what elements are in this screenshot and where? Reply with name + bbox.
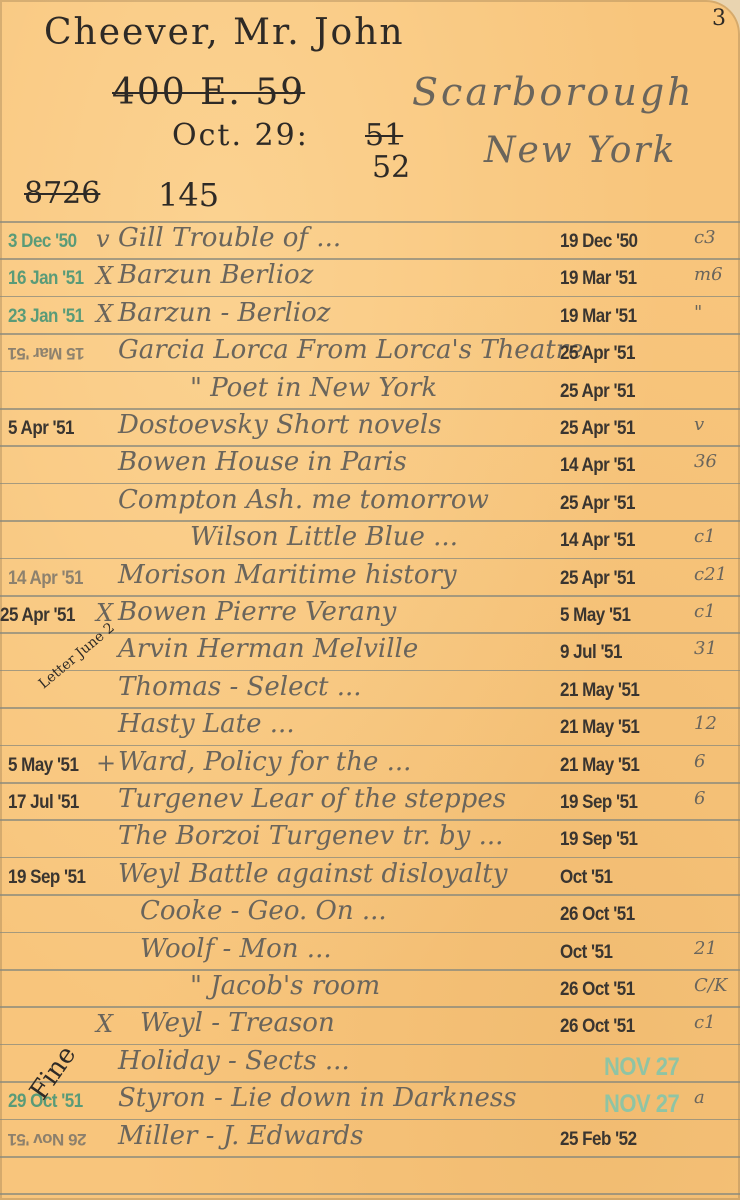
ruled-line [0,1156,740,1158]
return-date-stamp: 21 May '51 [560,678,639,701]
entry-code: c21 [694,564,727,585]
expiry-date: Oct. 29: [172,118,309,153]
return-date-stamp: 26 Oct '51 [560,1015,635,1038]
book-title: Barzun - Berlioz [118,298,330,328]
entry-code: 12 [694,713,717,734]
entry-code: c3 [694,227,716,248]
ruled-line [0,707,740,709]
entry-code: 31 [694,638,717,659]
entry-code: C/K [694,975,727,996]
return-date-stamp: 25 Feb '52 [560,1127,637,1150]
book-title: Garcia Lorca From Lorca's Theatre [118,335,583,365]
return-date-stamp: 9 Jul '51 [560,641,622,664]
checkout-date-stamp: 19 Sep '51 [8,865,86,888]
book-title: Weyl - Treason [140,1008,335,1038]
entry-code: v [694,414,704,435]
ruled-line [0,1193,740,1195]
entry-mark: X [96,262,113,290]
book-title: Thomas - Select ... [118,672,362,702]
checkout-date-stamp: 5 Apr '51 [8,417,74,440]
return-date-stamp: 19 Mar '51 [560,267,637,290]
entry-mark: X [96,300,113,328]
book-title: Wilson Little Blue ... [190,522,458,552]
ruled-line [0,1044,740,1046]
book-title: Ward, Policy for the ... [118,747,411,777]
ruled-line [0,932,740,934]
return-date-stamp: 26 Oct '51 [560,978,635,1001]
corner-number: 3 [712,6,726,31]
book-title: Bowen Pierre Verany [118,597,396,627]
book-title: Hasty Late ... [118,709,295,739]
entry-mark: v [96,225,110,253]
return-date-stamp: 25 Apr '51 [560,491,635,514]
ruled-line [0,296,740,298]
book-title: Compton Ash. me tomorrow [118,485,489,515]
old-card-number: 8726 [24,176,100,211]
checkout-date-stamp: 16 Jan '51 [8,267,84,290]
book-title: Miller - J. Edwards [118,1121,363,1151]
library-card: 3 Cheever, Mr. John 400 E. 59 Scarboroug… [0,0,740,1200]
book-title: Dostoevsky Short novels [118,410,442,440]
entry-code: c1 [694,601,716,622]
book-title: Styron - Lie down in Darkness [118,1083,517,1113]
return-date-stamp: 19 Sep '51 [560,828,638,851]
book-title: " Jacob's room [190,971,380,1001]
checkout-date-stamp: 23 Jan '51 [8,304,84,327]
entry-code: a [694,1087,705,1108]
return-date-stamp: 14 Apr '51 [560,454,635,477]
return-date-stamp: 25 Apr '51 [560,566,635,589]
letter-margin-note: Letter June 2 [36,620,118,692]
entry-code: c1 [694,526,716,547]
card-number: 145 [158,176,219,214]
book-title: " Poet in New York [190,373,437,403]
entry-mark: + [96,749,116,777]
checkout-date-stamp: 26 Nov '51 [8,1129,86,1149]
book-title: Turgenev Lear of the steppes [118,784,506,814]
return-date-stamp: 25 Apr '51 [560,342,635,365]
entry-code: 36 [694,451,717,472]
entry-code: 6 [694,788,705,809]
book-title: Cooke - Geo. On ... [140,896,387,926]
old-address: 400 E. 59 [112,72,305,113]
checkout-date-stamp: 15 Mar '51 [8,343,85,363]
return-date-stamp: 21 May '51 [560,716,639,739]
return-date-stamp: 21 May '51 [560,753,639,776]
expiry-year-new: 52 [372,150,410,185]
ruled-line [0,221,740,223]
return-date-stamp: 19 Sep '51 [560,791,638,814]
checkout-date-stamp: 14 Apr '51 [8,566,83,589]
expiry-year-old: 51 [365,118,403,153]
entry-code: m6 [694,264,723,285]
checkout-date-stamp: 25 Apr '51 [0,604,75,627]
new-address-line1: Scarborough [412,70,695,114]
return-date-stamp: Oct '51 [560,940,613,963]
book-title: The Borzoi Turgenev tr. by ... [118,821,503,851]
return-date-stamp: 26 Oct '51 [560,903,635,926]
book-title: Bowen House in Paris [118,447,407,477]
book-title: Weyl Battle against disloyalty [118,859,507,889]
book-title: Gill Trouble of ... [118,223,341,253]
return-date-stamp: NOV 27 [604,1052,679,1082]
entry-code: " [694,302,702,323]
entry-code: 21 [694,938,717,959]
return-date-stamp: NOV 27 [604,1089,679,1119]
patron-name: Cheever, Mr. John [44,12,405,53]
return-date-stamp: 14 Apr '51 [560,529,635,552]
book-title: Barzun Berlioz [118,260,313,290]
book-title: Woolf - Mon ... [140,934,332,964]
return-date-stamp: 19 Dec '50 [560,230,638,253]
book-title: Arvin Herman Melville [118,634,418,664]
return-date-stamp: 25 Apr '51 [560,417,635,440]
new-address-line2: New York [484,130,676,171]
checkout-date-stamp: 17 Jul '51 [8,791,79,814]
checkout-date-stamp: 5 May '51 [8,753,78,776]
return-date-stamp: 5 May '51 [560,604,630,627]
entry-code: 6 [694,751,705,772]
entry-code: c1 [694,1012,716,1033]
return-date-stamp: 19 Mar '51 [560,304,637,327]
return-date-stamp: Oct '51 [560,865,613,888]
ruled-line [0,670,740,672]
book-title: Holiday - Sects ... [118,1046,350,1076]
checkout-date-stamp: 3 Dec '50 [8,230,77,253]
return-date-stamp: 25 Apr '51 [560,379,635,402]
ruled-line [0,258,740,260]
entry-mark: X [96,1010,113,1038]
ruled-line [0,1006,740,1008]
book-title: Morison Maritime history [118,560,457,590]
